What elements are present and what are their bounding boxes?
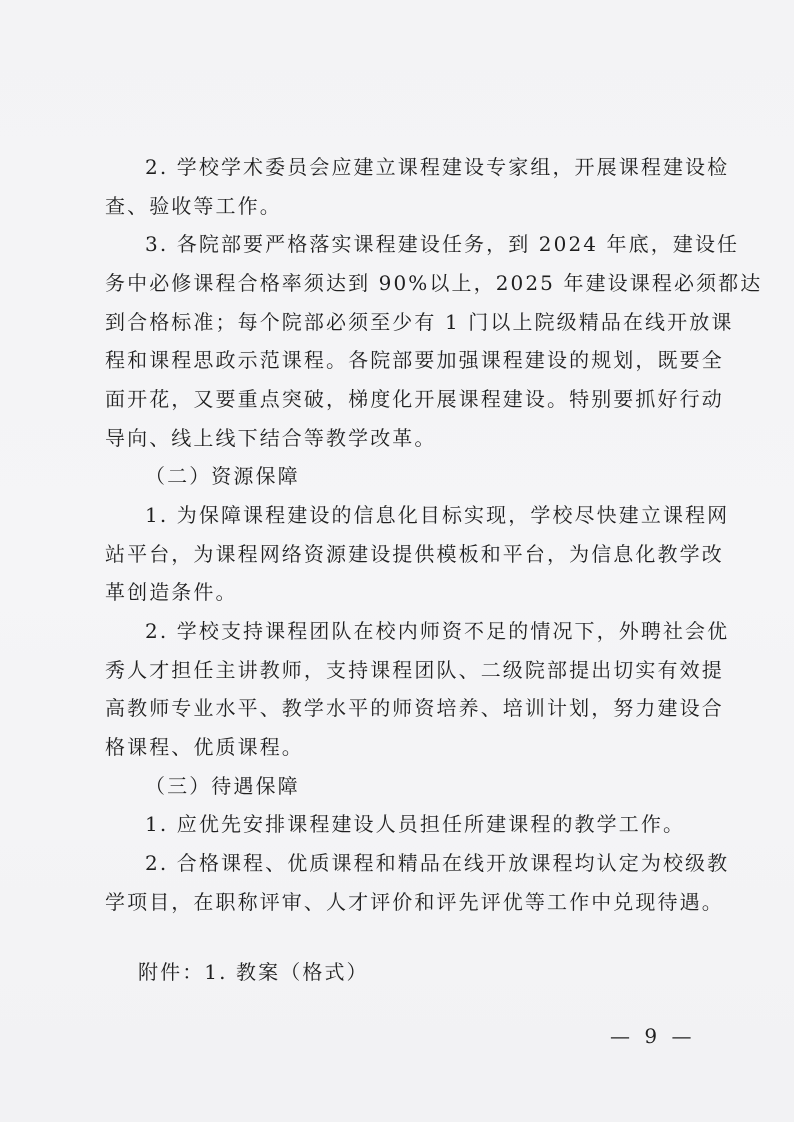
paragraph-line: 2. 合格课程、优质课程和精品在线开放课程均认定为校级教 — [145, 849, 729, 877]
paragraph-line: 革创造条件。 — [105, 578, 238, 606]
paragraph-line: 格课程、优质课程。 — [105, 733, 304, 761]
document-page: 2. 学校学术委员会应建立课程建设专家组，开展课程建设检 查、验收等工作。 3.… — [0, 0, 794, 1122]
paragraph-line: 1. 应优先安排课程建设人员担任所建课程的教学工作。 — [145, 810, 685, 838]
paragraph-line: 务中必修课程合格率须达到 90%以上，2025 年建设课程必须都达 — [105, 269, 762, 297]
paragraph-line: 1. 为保障课程建设的信息化目标实现，学校尽快建立课程网 — [145, 501, 729, 529]
attachment-line: 附件：1. 教案（格式） — [138, 958, 369, 986]
paragraph-line: 站平台，为课程网络资源建设提供模板和平台，为信息化教学改 — [105, 540, 724, 568]
paragraph-line: 2. 学校学术委员会应建立课程建设专家组，开展课程建设检 — [145, 153, 729, 181]
section-heading-resources: （二）资源保障 — [145, 462, 300, 490]
paragraph-line: 2. 学校支持课程团队在校内师资不足的情况下，外聘社会优 — [145, 617, 729, 645]
paragraph-line: 3. 各院部要严格落实课程建设任务，到 2024 年底，建设任 — [145, 230, 739, 258]
page-number: — 9 — — [610, 1022, 695, 1050]
paragraph-line: 面开花，又要重点突破，梯度化开展课程建设。特别要抓好行动 — [105, 385, 724, 413]
paragraph-line: 导向、线上线下结合等教学改革。 — [105, 424, 437, 452]
section-heading-benefits: （三）待遇保障 — [145, 772, 300, 800]
paragraph-line: 到合格标准；每个院部必须至少有 1 门以上院级精品在线开放课 — [105, 308, 733, 336]
paragraph-line: 查、验收等工作。 — [105, 192, 282, 220]
paragraph-line: 秀人才担任主讲教师，支持课程团队、二级院部提出切实有效提 — [105, 656, 724, 684]
paragraph-line: 程和课程思政示范课程。各院部要加强课程建设的规划，既要全 — [105, 346, 724, 374]
paragraph-line: 学项目，在职称评审、人才评价和评先评优等工作中兑现待遇。 — [105, 888, 724, 916]
paragraph-line: 高教师专业水平、教学水平的师资培养、培训计划，努力建设合 — [105, 694, 724, 722]
